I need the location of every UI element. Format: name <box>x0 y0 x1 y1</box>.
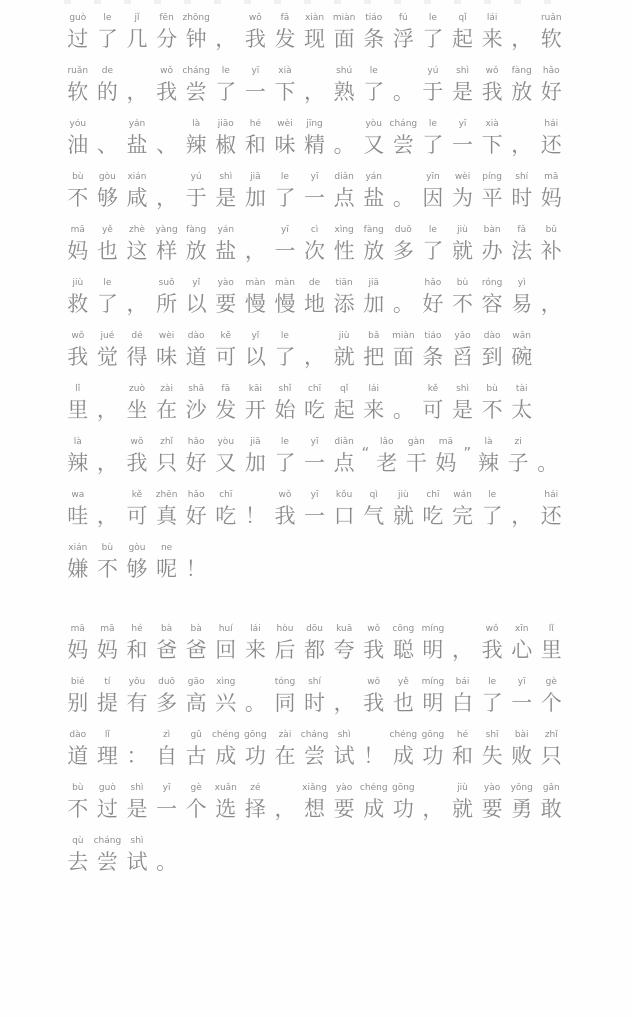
punct-char: “ <box>362 438 370 468</box>
hanzi-char: 加 <box>245 448 266 478</box>
pinyin-annotation: xīn <box>515 624 529 635</box>
pinyin-annotation: shì <box>338 730 351 741</box>
punct-token: ·， <box>537 278 567 319</box>
char-token: yào要 <box>477 783 507 824</box>
pinyin-annotation: xìng <box>216 677 235 688</box>
hanzi-char: 是 <box>126 794 147 824</box>
char-token: jiā加 <box>241 172 271 213</box>
punct-token: ·。 <box>152 836 182 877</box>
char-token: fàng放 <box>359 225 389 266</box>
char-token: shī失 <box>477 730 507 771</box>
pinyin-annotation: píng <box>482 172 502 183</box>
hanzi-char: 功 <box>245 741 266 771</box>
char-token: hǎo好 <box>181 490 211 531</box>
char-token: cháng尝 <box>93 836 123 877</box>
hanzi-char: 成 <box>215 741 236 771</box>
pinyin-annotation: le <box>429 225 437 236</box>
text-line: wa哇·，kě可zhēn真hǎo好chī吃·！wǒ我yī一kǒu口qì气jiù就… <box>63 490 578 531</box>
punct-token: ·， <box>300 331 330 372</box>
hanzi-char: 理 <box>97 741 118 771</box>
hanzi-char: 想 <box>304 794 325 824</box>
char-token: le了 <box>93 278 123 319</box>
hanzi-char: 了 <box>274 183 295 213</box>
hanzi-char: 里 <box>67 395 88 425</box>
hanzi-char: 一 <box>304 501 325 531</box>
hanzi-char: 尝 <box>393 130 414 160</box>
hanzi-char: 辣 <box>67 448 88 478</box>
hanzi-char: 性 <box>334 236 355 266</box>
char-token: chī吃 <box>211 490 241 531</box>
punct-token: ·， <box>300 66 330 107</box>
char-token: yīn因 <box>418 172 448 213</box>
char-token: wǒ我 <box>359 624 389 665</box>
hanzi-char: 真 <box>156 501 177 531</box>
pinyin-annotation: tài <box>516 384 528 395</box>
pinyin-annotation: gǎn <box>543 783 560 794</box>
pinyin-annotation: fàng <box>364 225 384 236</box>
char-token: chī吃 <box>418 490 448 531</box>
pinyin-annotation: yī <box>281 225 289 236</box>
punct-char: 、 <box>156 130 177 160</box>
hanzi-char: 慢 <box>274 289 295 319</box>
pinyin-annotation: shí <box>515 172 528 183</box>
pinyin-annotation: là <box>192 119 200 130</box>
pinyin-annotation: hé <box>131 624 142 635</box>
punct-char: 。 <box>393 395 414 425</box>
pinyin-annotation: cháng <box>94 836 122 847</box>
char-token: yǐ以 <box>181 278 211 319</box>
hanzi-char: 起 <box>452 24 473 54</box>
punct-token: ·， <box>93 490 123 531</box>
char-token: mā妈 <box>93 624 123 665</box>
hanzi-char: 好 <box>422 289 443 319</box>
hanzi-char: 熟 <box>334 77 355 107</box>
pinyin-annotation: jué <box>101 331 115 342</box>
hanzi-char: 够 <box>126 554 147 584</box>
hanzi-char: 分 <box>156 24 177 54</box>
pinyin-annotation: lǐ <box>105 730 110 741</box>
char-token: le了 <box>211 66 241 107</box>
hanzi-char: 多 <box>156 688 177 718</box>
hanzi-char: 失 <box>482 741 503 771</box>
pinyin-annotation: yóu <box>70 119 87 130</box>
pinyin-annotation: bǎ <box>368 331 379 342</box>
hanzi-char: 了 <box>422 130 443 160</box>
scanned-page: guò过le了jǐ几fēn分zhōng钟·，wǒ我fā发xiàn现miàn面ti… <box>0 0 632 1017</box>
hanzi-char: 面 <box>393 342 414 372</box>
hanzi-char: 把 <box>363 342 384 372</box>
hanzi-char: 妈 <box>67 236 88 266</box>
pinyin-annotation: jiāo <box>218 119 234 130</box>
hanzi-char: 妈 <box>541 183 562 213</box>
hanzi-char: 要 <box>215 289 236 319</box>
hanzi-char: 吃 <box>215 501 236 531</box>
hanzi-char: 就 <box>452 236 473 266</box>
hanzi-char: 试 <box>126 847 147 877</box>
char-token: hé和 <box>241 119 271 160</box>
char-token: xìng兴 <box>211 677 241 718</box>
punct-token: ·， <box>270 783 300 824</box>
char-token: cì次 <box>300 225 330 266</box>
pinyin-annotation: mā <box>439 437 453 448</box>
char-token: bù不 <box>93 543 123 584</box>
char-token: zhǐ只 <box>537 730 567 771</box>
punct-char: 。 <box>245 688 266 718</box>
hanzi-char: 提 <box>97 688 118 718</box>
char-token: shǐ始 <box>270 384 300 425</box>
char-token: yì易 <box>507 278 537 319</box>
char-token: bù不 <box>63 172 93 213</box>
hanzi-char: 一 <box>156 794 177 824</box>
pinyin-annotation: chéng <box>212 730 240 741</box>
char-token: jiù就 <box>329 331 359 372</box>
hanzi-char: 添 <box>334 289 355 319</box>
pinyin-annotation: fǎ <box>517 225 526 236</box>
pinyin-annotation: màn <box>275 278 295 289</box>
punct-token: ·。 <box>329 119 359 160</box>
hanzi-char: 好 <box>186 501 207 531</box>
hanzi-char: 一 <box>452 130 473 160</box>
punct-token: ·： <box>122 730 152 771</box>
punct-char: ， <box>304 77 325 107</box>
pinyin-annotation: gòu <box>129 543 146 554</box>
char-token: tài太 <box>507 384 537 425</box>
hanzi-char: 干 <box>406 448 427 478</box>
hanzi-char: 了 <box>97 24 118 54</box>
char-token: yán盐 <box>211 225 241 266</box>
hanzi-char: 去 <box>67 847 88 877</box>
hanzi-char: 和 <box>126 635 147 665</box>
punct-char: ， <box>334 688 355 718</box>
pinyin-annotation: gōng <box>422 730 445 741</box>
pinyin-annotation: zhēn <box>156 490 178 501</box>
hanzi-char: 可 <box>126 501 147 531</box>
pinyin-annotation: wǒ <box>367 677 380 688</box>
hanzi-char: 爸 <box>186 635 207 665</box>
char-token: fàng放 <box>507 66 537 107</box>
char-token: le了 <box>477 677 507 718</box>
hanzi-char: 敢 <box>541 794 562 824</box>
char-token: tiáo条 <box>359 13 389 54</box>
char-token: róng容 <box>477 278 507 319</box>
char-token: xiǎng想 <box>300 783 330 824</box>
hanzi-char: 发 <box>215 395 236 425</box>
hanzi-char: 就 <box>393 501 414 531</box>
char-token: yòu又 <box>359 119 389 160</box>
char-token: yào要 <box>211 278 241 319</box>
punct-char: 。 <box>393 183 414 213</box>
char-token: zuò坐 <box>122 384 152 425</box>
char-token: le了 <box>418 225 448 266</box>
hanzi-char: 夸 <box>334 635 355 665</box>
hanzi-char: 的 <box>97 77 118 107</box>
char-token: yǒu有 <box>122 677 152 718</box>
pinyin-annotation: wǒ <box>160 66 173 77</box>
pinyin-annotation: tiān <box>336 278 353 289</box>
pinyin-annotation: bù <box>102 543 113 554</box>
pinyin-annotation: bài <box>515 730 529 741</box>
pinyin-annotation: duō <box>395 225 412 236</box>
char-token: dé得 <box>122 331 152 372</box>
char-token: wǒ我 <box>270 490 300 531</box>
hanzi-char: 是 <box>452 77 473 107</box>
pinyin-annotation: chéng <box>390 730 418 741</box>
punct-char: ， <box>126 77 147 107</box>
punct-char: ， <box>97 395 118 425</box>
punct-token: ·， <box>122 278 152 319</box>
pinyin-annotation: jiā <box>250 437 261 448</box>
pinyin-annotation: kāi <box>249 384 262 395</box>
pinyin-annotation: bǔ <box>546 225 557 236</box>
punct-char: ， <box>511 24 532 54</box>
char-token: diǎn点 <box>329 172 359 213</box>
pinyin-annotation: dé <box>131 331 142 342</box>
hanzi-char: 勇 <box>511 794 532 824</box>
char-token: hé和 <box>122 624 152 665</box>
char-token: miàn面 <box>389 331 419 372</box>
pinyin-annotation: tiáo <box>424 331 441 342</box>
punct-char: 。 <box>393 77 414 107</box>
hanzi-char: 选 <box>215 794 236 824</box>
hanzi-char: 不 <box>452 289 473 319</box>
char-token: hǎo好 <box>418 278 448 319</box>
char-token: shí时 <box>300 677 330 718</box>
char-token: míng明 <box>418 624 448 665</box>
pinyin-annotation: yòu <box>365 119 382 130</box>
pinyin-annotation: yào <box>218 278 234 289</box>
hanzi-char: 放 <box>363 236 384 266</box>
hanzi-char: 办 <box>482 236 503 266</box>
pinyin-annotation: tóng <box>275 677 295 688</box>
hanzi-char: 吃 <box>304 395 325 425</box>
pinyin-annotation: le <box>370 66 378 77</box>
hanzi-char: 条 <box>422 342 443 372</box>
pinyin-annotation: là <box>485 437 493 448</box>
hanzi-char: 面 <box>334 24 355 54</box>
char-token: xìng性 <box>329 225 359 266</box>
hanzi-char: 软 <box>541 24 562 54</box>
char-token: yě也 <box>389 677 419 718</box>
pinyin-annotation: yòu <box>217 437 234 448</box>
pinyin-annotation: yàng <box>155 225 177 236</box>
hanzi-char: 要 <box>482 794 503 824</box>
punct-char: 、 <box>97 130 118 160</box>
pinyin-annotation: miàn <box>333 13 356 24</box>
char-token: yóu油 <box>63 119 93 160</box>
punct-token: ·、 <box>93 119 123 160</box>
pinyin-annotation: yào <box>336 783 352 794</box>
pinyin-annotation: kuā <box>336 624 352 635</box>
pinyin-annotation: bù <box>486 384 497 395</box>
pinyin-annotation: chī <box>308 384 321 395</box>
hanzi-char: 点 <box>334 448 355 478</box>
char-token: wèi为 <box>448 172 478 213</box>
hanzi-char: 功 <box>422 741 443 771</box>
pinyin-annotation: hǎo <box>425 278 442 289</box>
pinyin-annotation: ruǎn <box>541 13 562 24</box>
pinyin-annotation: jiā <box>368 278 379 289</box>
pinyin-annotation: wán <box>453 490 472 501</box>
pinyin-annotation: yě <box>102 225 113 236</box>
punct-token: ·。 <box>389 278 419 319</box>
pinyin-annotation: bù <box>72 783 83 794</box>
char-token: lái来 <box>241 624 271 665</box>
char-token: lǐ里 <box>537 624 567 665</box>
punct-token: ·。 <box>389 384 419 425</box>
char-token: gòu够 <box>93 172 123 213</box>
pinyin-annotation: chī <box>426 490 439 501</box>
punct-char: ， <box>97 448 118 478</box>
punct-char: 。 <box>156 847 177 877</box>
pinyin-annotation: zì <box>163 730 170 741</box>
hanzi-char: 是 <box>215 183 236 213</box>
char-token: hǎo好 <box>537 66 567 107</box>
char-token: jiā加 <box>359 278 389 319</box>
char-token: là辣 <box>63 437 93 478</box>
hanzi-char: 过 <box>97 794 118 824</box>
char-token: xià下 <box>270 66 300 107</box>
hanzi-char: 又 <box>363 130 384 160</box>
char-token: guò过 <box>93 783 123 824</box>
char-token: lái来 <box>477 13 507 54</box>
char-token: dōu都 <box>300 624 330 665</box>
hanzi-char: 现 <box>304 24 325 54</box>
char-token: zhǐ只 <box>152 437 182 478</box>
char-token: fā发 <box>270 13 300 54</box>
pinyin-annotation: chéng <box>360 783 388 794</box>
hanzi-char: 了 <box>422 236 443 266</box>
hanzi-char: 道 <box>67 741 88 771</box>
hanzi-char: 妈 <box>435 448 456 478</box>
pinyin-annotation: jiù <box>339 331 350 342</box>
char-token: wǒ我 <box>122 437 152 478</box>
hanzi-char: 爸 <box>156 635 177 665</box>
char-token: wán完 <box>448 490 478 531</box>
char-token: cháng尝 <box>300 730 330 771</box>
pinyin-annotation: dào <box>188 331 205 342</box>
hanzi-char: 多 <box>393 236 414 266</box>
pinyin-annotation: zuò <box>129 384 145 395</box>
punct-char: ， <box>452 635 473 665</box>
pinyin-annotation: guò <box>99 783 116 794</box>
hanzi-char: 和 <box>245 130 266 160</box>
char-token: de的 <box>93 66 123 107</box>
pinyin-annotation: le <box>281 437 289 448</box>
char-token: le了 <box>418 13 448 54</box>
hanzi-char: 味 <box>156 342 177 372</box>
pinyin-annotation: jǐ <box>134 13 139 24</box>
char-token: chī吃 <box>300 384 330 425</box>
hanzi-char: 以 <box>186 289 207 319</box>
pinyin-annotation: de <box>102 66 113 77</box>
pinyin-annotation: hǎo <box>543 66 560 77</box>
char-token: bà爸 <box>152 624 182 665</box>
hanzi-char: 容 <box>482 289 503 319</box>
char-token: yú于 <box>181 172 211 213</box>
hanzi-char: 沙 <box>186 395 207 425</box>
paragraph-1: guò过le了jǐ几fēn分zhōng钟·，wǒ我fā发xiàn现miàn面ti… <box>63 13 578 584</box>
char-token: diǎn点 <box>329 437 359 478</box>
hanzi-char: 地 <box>304 289 325 319</box>
pinyin-annotation: fēn <box>159 13 173 24</box>
hanzi-char: 我 <box>245 24 266 54</box>
hanzi-char: 个 <box>186 794 207 824</box>
char-token: fā发 <box>211 384 241 425</box>
char-token: bù不 <box>63 783 93 824</box>
char-token: gōng功 <box>418 730 448 771</box>
pinyin-annotation: lǎo <box>380 437 394 448</box>
quote-mark: ·“ <box>359 437 372 478</box>
hanzi-char: 自 <box>156 741 177 771</box>
pinyin-annotation: suǒ <box>159 278 175 289</box>
pinyin-annotation: hòu <box>276 624 293 635</box>
hanzi-char: 过 <box>67 24 88 54</box>
pinyin-annotation: le <box>103 13 111 24</box>
punct-char: ， <box>511 130 532 160</box>
hanzi-char: 也 <box>97 236 118 266</box>
char-token: wèi味 <box>152 331 182 372</box>
char-token: zài在 <box>152 384 182 425</box>
hanzi-char: 就 <box>334 342 355 372</box>
char-token: qì气 <box>359 490 389 531</box>
char-token: shā沙 <box>181 384 211 425</box>
char-token: mā妈 <box>431 437 461 478</box>
hanzi-char: 妈 <box>97 635 118 665</box>
char-token: kuā夸 <box>329 624 359 665</box>
char-token: ruǎn软 <box>63 66 93 107</box>
hanzi-char: 慢 <box>245 289 266 319</box>
pinyin-annotation: zhǐ <box>545 730 558 741</box>
char-token: duō多 <box>152 677 182 718</box>
hanzi-char: 发 <box>274 24 295 54</box>
char-token: yī一 <box>270 225 300 266</box>
char-token: le了 <box>93 13 123 54</box>
pinyin-annotation: zhōng <box>182 13 209 24</box>
hanzi-char: 别 <box>67 688 88 718</box>
punct-token: ·！ <box>359 730 389 771</box>
hanzi-char: 了 <box>363 77 384 107</box>
char-token: lǎo老 <box>372 437 402 478</box>
char-token: gōng功 <box>389 783 419 824</box>
char-token: shì是 <box>448 384 478 425</box>
char-token: le了 <box>477 490 507 531</box>
char-token: fàng放 <box>181 225 211 266</box>
char-token: wǒ我 <box>152 66 182 107</box>
char-token: yàng样 <box>152 225 182 266</box>
pinyin-annotation: bù <box>72 172 83 183</box>
hanzi-char: 我 <box>482 77 503 107</box>
char-token: bà爸 <box>181 624 211 665</box>
char-token: wǎn碗 <box>507 331 537 372</box>
char-token: wa哇 <box>63 490 93 531</box>
char-token: zhè这 <box>122 225 152 266</box>
char-token: hé和 <box>448 730 478 771</box>
hanzi-char: 放 <box>511 77 532 107</box>
pinyin-annotation: ne <box>161 543 172 554</box>
pinyin-annotation: bà <box>191 624 202 635</box>
char-token: zài在 <box>270 730 300 771</box>
text-line: yóu油·、yán盐·、là辣jiāo椒hé和wèi味jīng精·。yòu又ch… <box>63 119 578 160</box>
char-token: chéng成 <box>359 783 389 824</box>
hanzi-char: 咸 <box>126 183 147 213</box>
char-token: tí提 <box>93 677 123 718</box>
pinyin-annotation: wǒ <box>486 66 499 77</box>
text-line: bù不gòu够xián咸·，yú于shì是jiā加le了yī一diǎn点yán盐… <box>63 172 578 213</box>
char-token: bù不 <box>448 278 478 319</box>
pinyin-annotation: míng <box>422 624 445 635</box>
punct-token: ·。 <box>241 677 271 718</box>
char-token: gè个 <box>537 677 567 718</box>
